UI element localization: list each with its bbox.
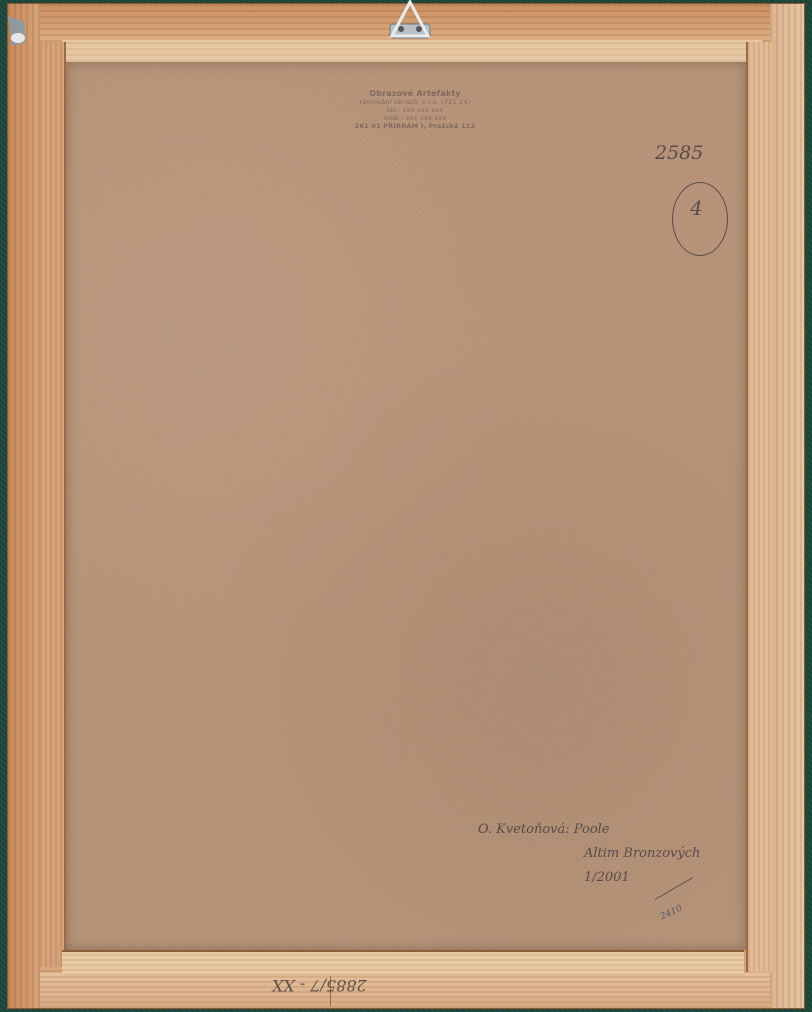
note-date: 1/2001 — [584, 870, 630, 885]
metal-clip-icon — [6, 12, 30, 48]
frame-left-rail — [8, 4, 40, 1008]
framer-stamp: Obrazové Artefakty rámování obrazů, s.r.… — [350, 90, 480, 130]
stretcher-right — [746, 42, 774, 972]
frame-right-rail — [770, 4, 804, 1008]
stretcher-top — [62, 40, 762, 64]
note-line-2: Altim Bronzových — [584, 846, 700, 861]
stamp-line: 261 01 PŘÍBRAM I, Pražská 113 — [350, 122, 480, 130]
note-artist-title: O. Kvetoňová: Poole — [478, 822, 610, 837]
inventory-number: 2585 — [655, 142, 703, 164]
frame-bottom-rail — [8, 972, 804, 1008]
stamp-line: mob.: xxx xxx xxx — [350, 114, 480, 122]
stretcher-bottom — [62, 950, 744, 976]
stamp-line: rámování obrazů, s.r.o. (721 24) — [350, 98, 480, 106]
stamp-line: Obrazové Artefakty — [350, 90, 480, 98]
hardboard-backing — [66, 62, 746, 950]
circled-number: 4 — [690, 196, 703, 220]
stretcher-left — [40, 42, 66, 967]
triangle-hanger-icon — [386, 0, 434, 40]
bottom-rail-inscription: 2885/7 - XX — [272, 976, 367, 995]
stamp-line: tel.: xxx xxx xxx — [350, 106, 480, 114]
